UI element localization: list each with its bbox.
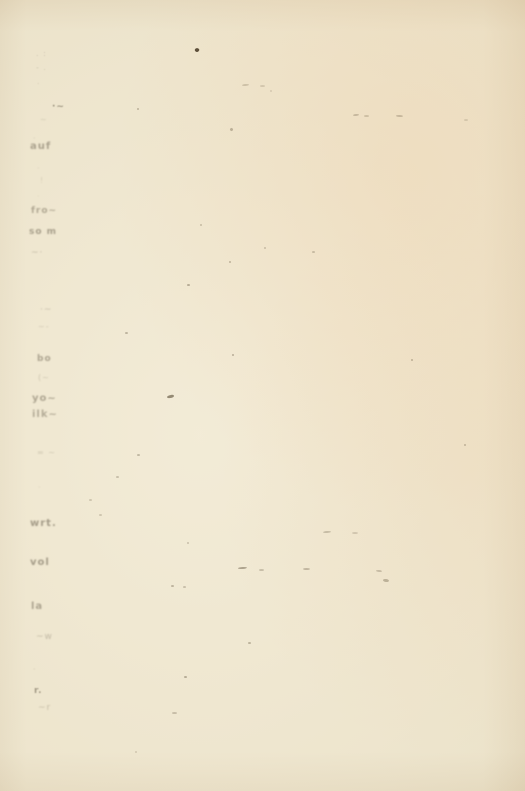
- foxing-speck: [187, 542, 189, 544]
- foxing-speck: [248, 642, 251, 644]
- foxing-speck: [183, 586, 186, 588]
- foxing-speck: [172, 712, 177, 714]
- foxing-speck: [383, 579, 389, 583]
- foxing-speck: [229, 127, 233, 131]
- foxing-speck: [303, 568, 310, 570]
- foxing-speck: [116, 476, 119, 478]
- foxing-speck: [184, 676, 187, 678]
- foxing-speck: [364, 115, 369, 117]
- ink-smudge: [167, 395, 174, 399]
- foxing-speck: [135, 751, 137, 753]
- foxing-speck: [137, 108, 139, 110]
- foxing-speck: [200, 224, 202, 226]
- foxing-speck: [259, 569, 264, 571]
- foxing-speck: [137, 454, 140, 456]
- foxing-speck: [353, 114, 359, 117]
- foxing-speck: [232, 354, 234, 356]
- foxing-speck: [125, 332, 128, 334]
- foxing-speck: [238, 567, 247, 570]
- foxing-speck: [229, 261, 231, 263]
- ink-speck: [194, 47, 200, 53]
- foxing-speck: [464, 444, 466, 446]
- foxing-speck: [464, 119, 468, 121]
- foxing-speck: [270, 90, 272, 92]
- foxing-speck: [89, 499, 92, 501]
- foxing-speck: [187, 284, 190, 286]
- scanned-blank-page: . :- ..·~~·auf·!·fro~so m~··~~-bo(~yo~il…: [0, 0, 525, 791]
- foxing-speck: [352, 532, 358, 534]
- foxing-speck: [411, 359, 413, 361]
- foxing-speck: [99, 514, 102, 516]
- foxing-speck: [396, 115, 403, 117]
- foxing-speck: [260, 85, 265, 87]
- foxing-speck: [171, 585, 174, 587]
- foxing-speck: [376, 570, 382, 573]
- foxing-speck: [264, 247, 266, 249]
- foxing-speck: [242, 84, 249, 86]
- specks-layer: [0, 0, 525, 791]
- foxing-speck: [312, 251, 315, 253]
- foxing-speck: [323, 531, 331, 533]
